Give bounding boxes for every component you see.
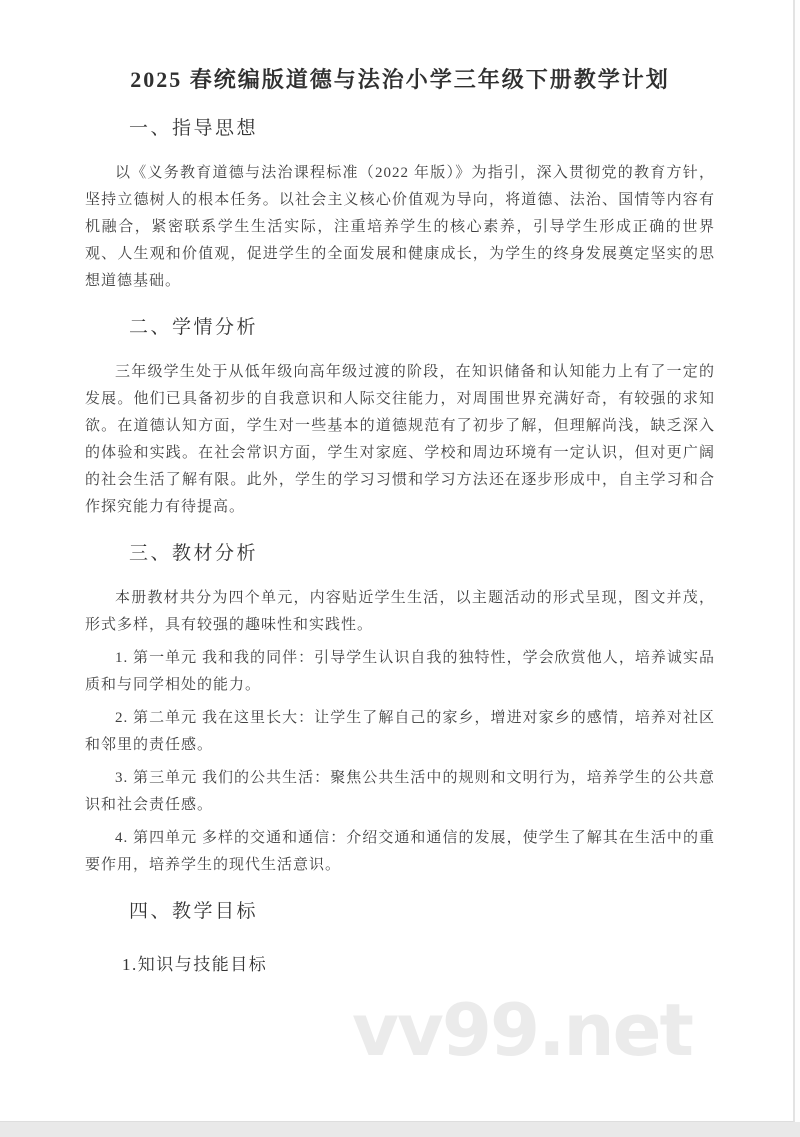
viewer-background-strip: [0, 1122, 800, 1137]
watermark: vv99.net: [352, 988, 692, 1072]
unit-item-4: 4. 第四单元 多样的交通和通信：介绍交通和通信的发展，使学生了解其在生活中的重…: [85, 825, 715, 879]
unit-item-1: 1. 第一单元 我和我的同伴：引导学生认识自我的独特性，学会欣赏他人，培养诚实品…: [85, 645, 715, 699]
section-heading-teaching-goals: 四、教学目标: [85, 899, 715, 925]
section-heading-textbook-analysis: 三、教材分析: [85, 541, 715, 567]
page-content: 2025 春统编版道德与法治小学三年级下册教学计划 一、指导思想 以《义务教育道…: [85, 0, 715, 977]
paragraph: 三年级学生处于从低年级向高年级过渡的阶段，在知识储备和认知能力上有了一定的发展。…: [85, 359, 715, 521]
paragraph: 本册教材共分为四个单元，内容贴近学生生活，以主题活动的形式呈现，图文并茂，形式多…: [85, 585, 715, 639]
unit-item-2: 2. 第二单元 我在这里长大：让学生了解自己的家乡，增进对家乡的感情，培养对社区…: [85, 705, 715, 759]
section-heading-guiding-ideology: 一、指导思想: [85, 116, 715, 142]
paragraph: 以《义务教育道德与法治课程标准（2022 年版）》为指引，深入贯彻党的教育方针，…: [85, 160, 715, 295]
document-page: vv99.net 2025 春统编版道德与法治小学三年级下册教学计划 一、指导思…: [0, 0, 795, 1122]
subsection-heading-knowledge-skills: 1.知识与技能目标: [85, 953, 715, 977]
document-viewer: vv99.net 2025 春统编版道德与法治小学三年级下册教学计划 一、指导思…: [0, 0, 800, 1137]
section-heading-learner-analysis: 二、学情分析: [85, 315, 715, 341]
unit-item-3: 3. 第三单元 我们的公共生活：聚焦公共生活中的规则和文明行为，培养学生的公共意…: [85, 765, 715, 819]
document-title: 2025 春统编版道德与法治小学三年级下册教学计划: [85, 0, 715, 96]
